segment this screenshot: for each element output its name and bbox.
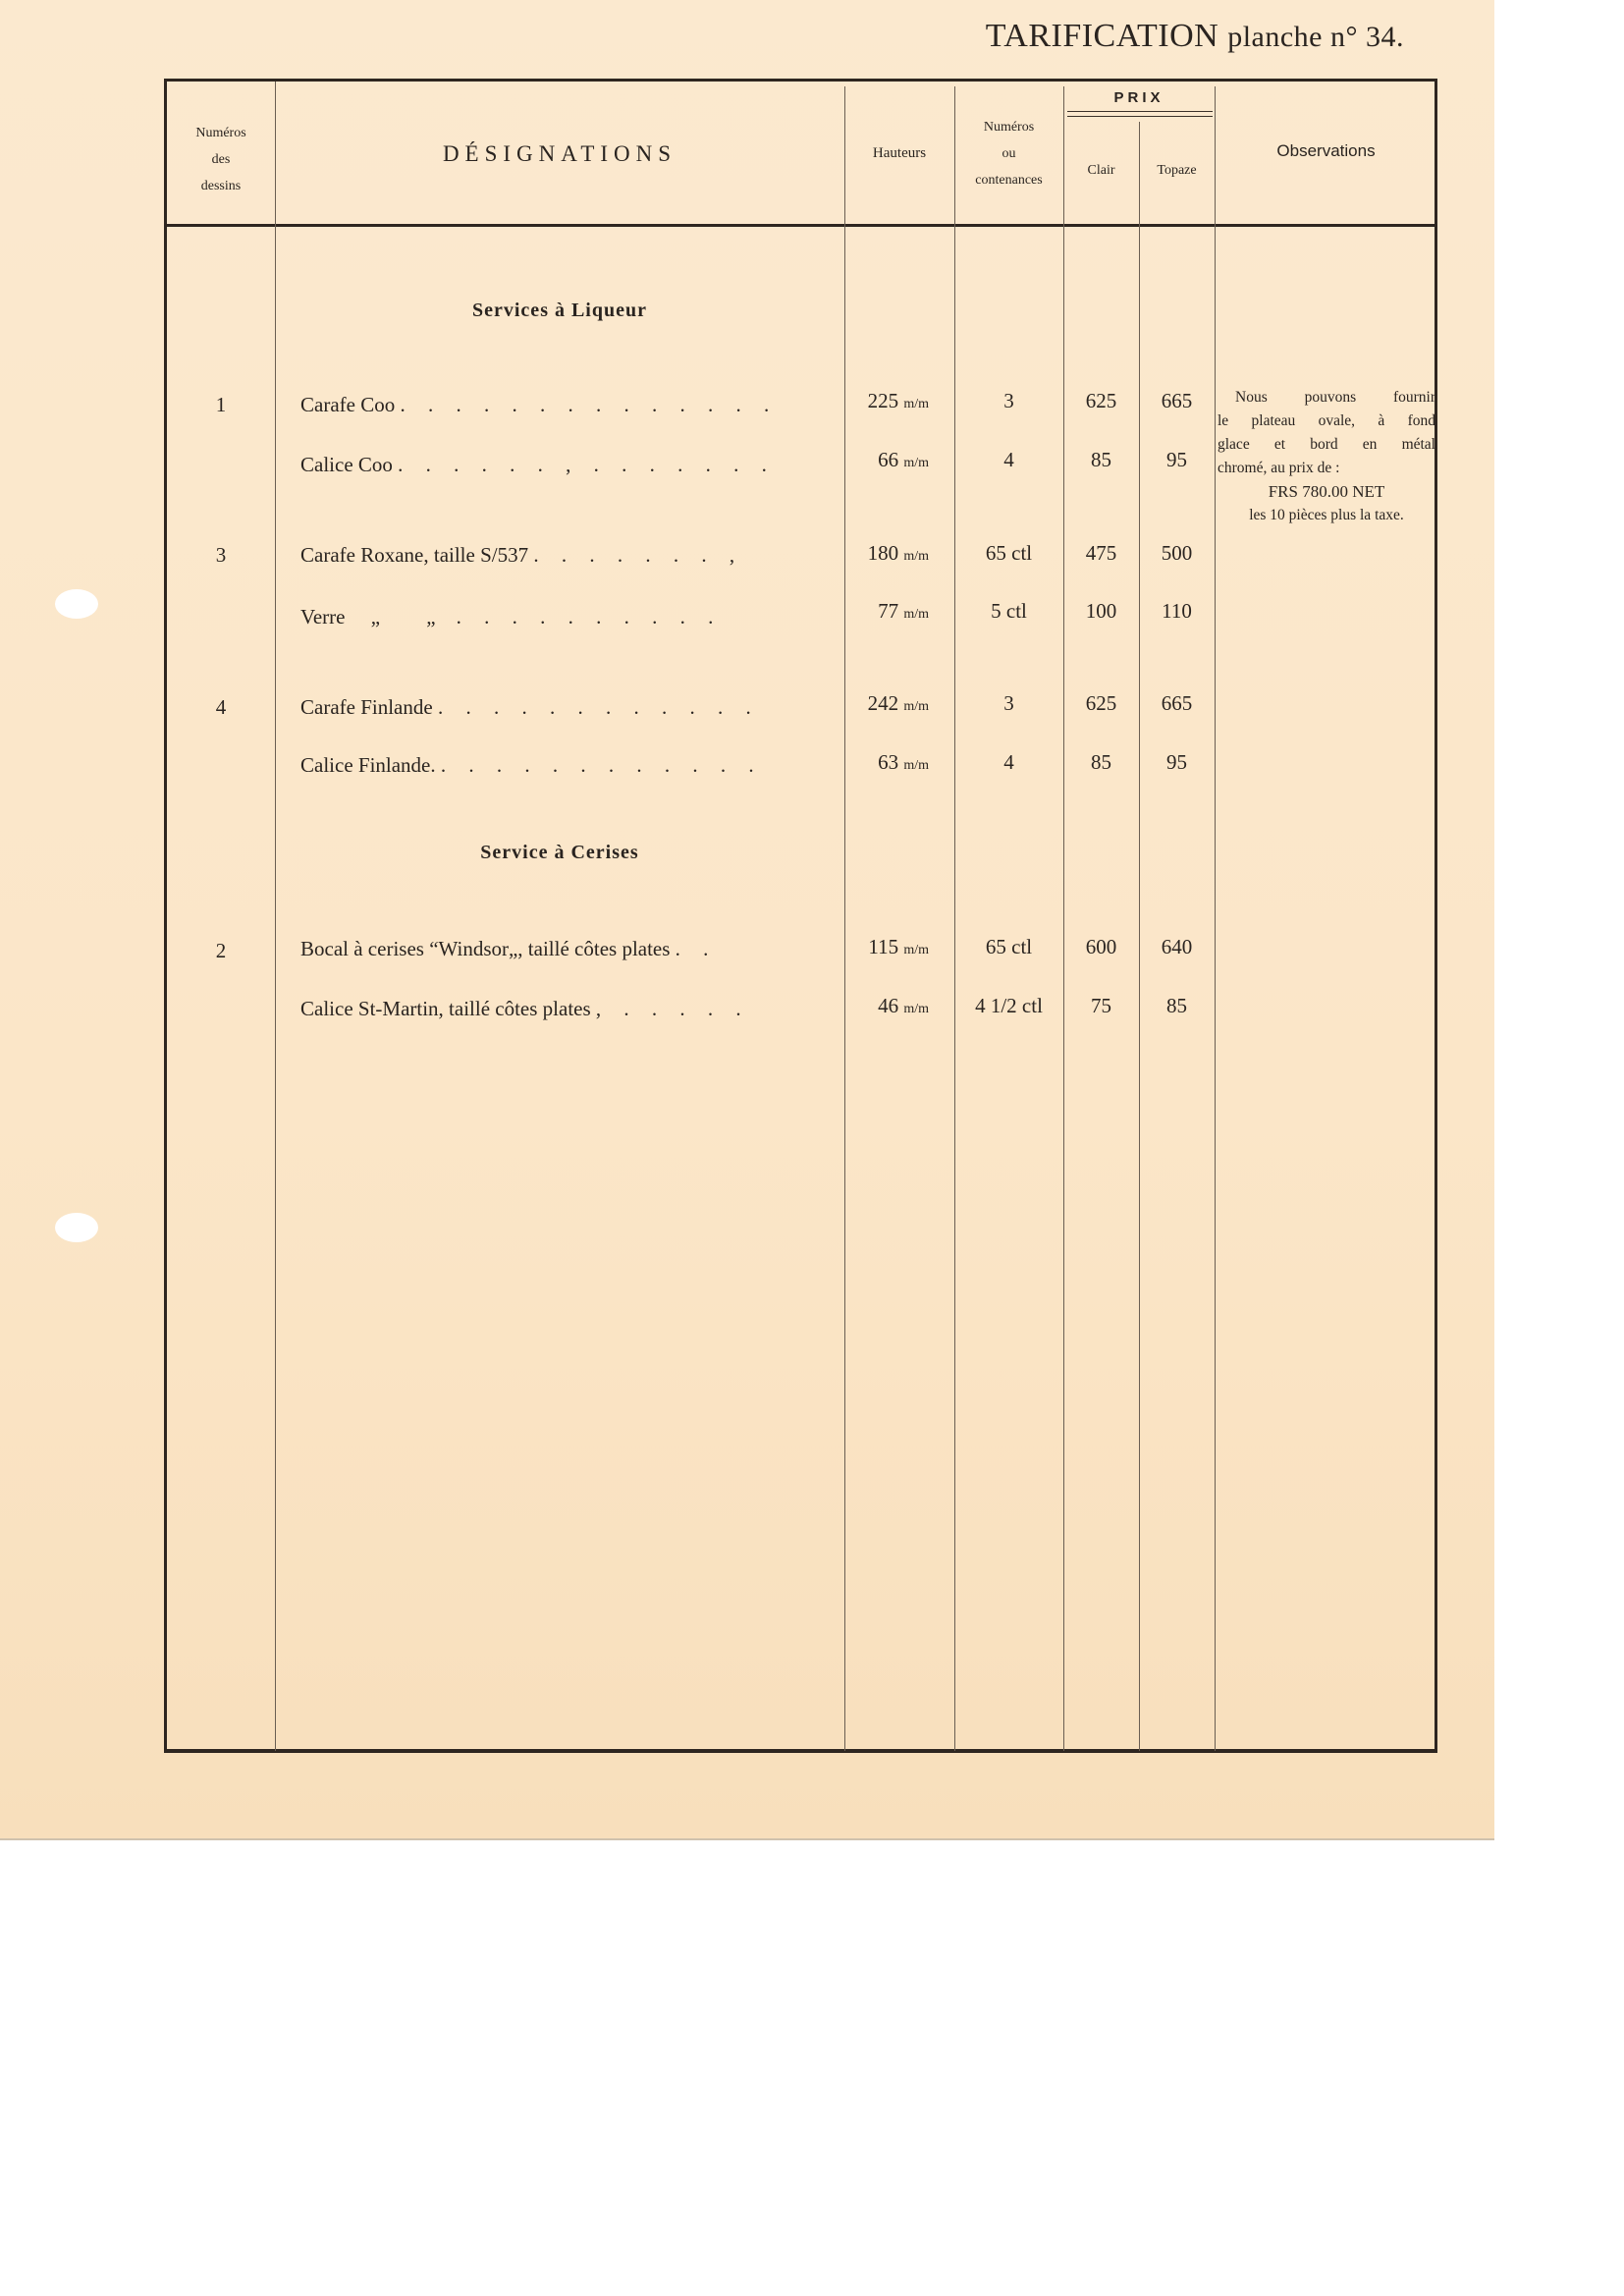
leader-dots: , . . . . . <box>596 997 750 1020</box>
col-divider <box>275 82 276 1751</box>
height-unit: m/m <box>903 456 929 470</box>
price-clear: 600 <box>1063 935 1139 959</box>
price-rule <box>1067 111 1213 112</box>
price-clear: 625 <box>1063 389 1139 413</box>
height: 242 m/m <box>850 691 929 716</box>
height-value: 77 <box>878 599 898 623</box>
height: 46 m/m <box>850 994 929 1018</box>
height: 66 m/m <box>850 448 929 472</box>
height-unit: m/m <box>903 607 929 622</box>
price-topaz: 95 <box>1139 750 1215 775</box>
binder-hole-bottom <box>55 1213 98 1242</box>
height-unit: m/m <box>903 1002 929 1016</box>
drawing-number: 2 <box>167 939 275 963</box>
price-clear: 475 <box>1063 541 1139 566</box>
price-clear: 100 <box>1063 599 1139 624</box>
designation-text: Calice St-Martin, taillé côtes plates <box>300 997 591 1020</box>
leader-dots: . . . . . . . . . . . . . . <box>400 393 778 416</box>
height: 180 m/m <box>850 541 929 566</box>
note-line: chromé, au prix de : <box>1218 457 1435 480</box>
header-line: des <box>167 146 275 173</box>
price-clear: 85 <box>1063 448 1139 472</box>
designation: Verre „ „ . . . . . . . . . . <box>300 605 722 629</box>
capacity: 4 <box>954 750 1063 775</box>
leader-dots: . . . . . . . , <box>533 543 743 567</box>
designation-text: Carafe Roxane, taille S/537 <box>300 543 528 567</box>
drawing-number: 1 <box>167 393 275 417</box>
price-topaz: 500 <box>1139 541 1215 566</box>
capacity: 65 ctl <box>954 935 1063 959</box>
height-value: 180 <box>868 541 899 565</box>
price-topaz: 95 <box>1139 448 1215 472</box>
page-title: TARIFICATION planche n° 34. <box>986 18 1404 55</box>
note-line: le plateau ovale, à fond <box>1218 410 1435 433</box>
height-value: 63 <box>878 750 898 774</box>
observation-note: Nous pouvons fournir le plateau ovale, à… <box>1218 386 1435 527</box>
note-line: Nous pouvons fournir <box>1218 386 1435 410</box>
designation: Carafe Coo . . . . . . . . . . . . . . <box>300 393 778 417</box>
height-value: 242 <box>868 691 899 715</box>
section-title: Service à Cerises <box>275 842 844 864</box>
designation-text: Calice Finlande. <box>300 753 436 777</box>
capacity: 4 <box>954 448 1063 472</box>
leader-dots: . . . . . . . . . . . . <box>441 753 763 777</box>
designation: Calice Coo . . . . . . , . . . . . . . <box>300 453 776 477</box>
leader-dots: . . . . . . , . . . . . . . <box>398 453 776 476</box>
height-value: 66 <box>878 448 898 471</box>
height-unit: m/m <box>903 549 929 564</box>
header-line: Numéros <box>954 114 1063 140</box>
header-price-clear: Clair <box>1063 157 1139 184</box>
price-clear: 625 <box>1063 691 1139 716</box>
note-line: les 10 pièces plus la taxe. <box>1218 504 1435 527</box>
height-unit: m/m <box>903 397 929 411</box>
designation-text: Bocal à cerises “Windsor„, taillé côtes … <box>300 937 670 960</box>
header-drawing-numbers: Numéros des dessins <box>167 120 275 199</box>
header-line: dessins <box>167 173 275 199</box>
header-line: ou <box>954 140 1063 167</box>
header-divider <box>164 224 1437 227</box>
height-value: 115 <box>868 935 898 958</box>
binder-hole-top <box>55 589 98 619</box>
leader-dots: . . <box>676 937 718 960</box>
designation-text: Verre „ „ <box>300 605 436 629</box>
height: 225 m/m <box>850 389 929 413</box>
price-rule <box>1067 116 1213 117</box>
height-unit: m/m <box>903 758 929 773</box>
header-capacities: Numéros ou contenances <box>954 114 1063 193</box>
price-topaz: 110 <box>1139 599 1215 624</box>
capacity: 3 <box>954 691 1063 716</box>
price-topaz: 85 <box>1139 994 1215 1018</box>
capacity: 5 ctl <box>954 599 1063 624</box>
capacity: 4 1/2 ctl <box>954 994 1063 1018</box>
note-line: glace et bord en métal <box>1218 433 1435 457</box>
designation: Carafe Roxane, taille S/537 . . . . . . … <box>300 543 743 568</box>
leader-dots: . . . . . . . . . . . . <box>438 695 760 719</box>
designation: Carafe Finlande . . . . . . . . . . . . <box>300 695 760 720</box>
designation-text: Carafe Coo <box>300 393 395 416</box>
price-clear: 85 <box>1063 750 1139 775</box>
drawing-number: 3 <box>167 543 275 568</box>
drawing-number: 4 <box>167 695 275 720</box>
col-divider <box>844 86 845 1751</box>
designation: Bocal à cerises “Windsor„, taillé côtes … <box>300 937 717 961</box>
tariff-table <box>164 79 1437 1753</box>
designation: Calice Finlande. . . . . . . . . . . . . <box>300 753 763 778</box>
header-price-group: PRIX <box>1063 84 1215 111</box>
height: 77 m/m <box>850 599 929 624</box>
header-price-topaz: Topaze <box>1139 157 1215 184</box>
designation: Calice St-Martin, taillé côtes plates , … <box>300 997 750 1021</box>
header-line: Numéros <box>167 120 275 146</box>
price-clear: 75 <box>1063 994 1139 1018</box>
capacity: 65 ctl <box>954 541 1063 566</box>
header-designations: DÉSIGNATIONS <box>275 140 844 167</box>
height-value: 46 <box>878 994 898 1017</box>
height-unit: m/m <box>903 699 929 714</box>
price-topaz: 640 <box>1139 935 1215 959</box>
col-divider <box>1215 86 1216 1751</box>
header-heights: Hauteurs <box>844 140 954 167</box>
height: 115 m/m <box>850 935 929 959</box>
designation-text: Calice Coo <box>300 453 393 476</box>
header-line: contenances <box>954 167 1063 193</box>
price-topaz: 665 <box>1139 691 1215 716</box>
note-price: FRS 780.00 NET <box>1218 480 1435 504</box>
price-topaz: 665 <box>1139 389 1215 413</box>
col-divider <box>1063 86 1064 1751</box>
title-main: TARIFICATION <box>986 18 1219 54</box>
designation-text: Carafe Finlande <box>300 695 433 719</box>
header-observations: Observations <box>1215 137 1437 164</box>
leader-dots: . . . . . . . . . . <box>457 605 723 629</box>
title-plate-number: planche n° 34. <box>1227 21 1404 53</box>
section-title: Services à Liqueur <box>275 300 844 322</box>
document-page: TARIFICATION planche n° 34. Numéros des … <box>0 0 1494 1840</box>
height-unit: m/m <box>903 943 929 957</box>
height-value: 225 <box>868 389 899 412</box>
capacity: 3 <box>954 389 1063 413</box>
col-divider <box>954 86 955 1751</box>
height: 63 m/m <box>850 750 929 775</box>
